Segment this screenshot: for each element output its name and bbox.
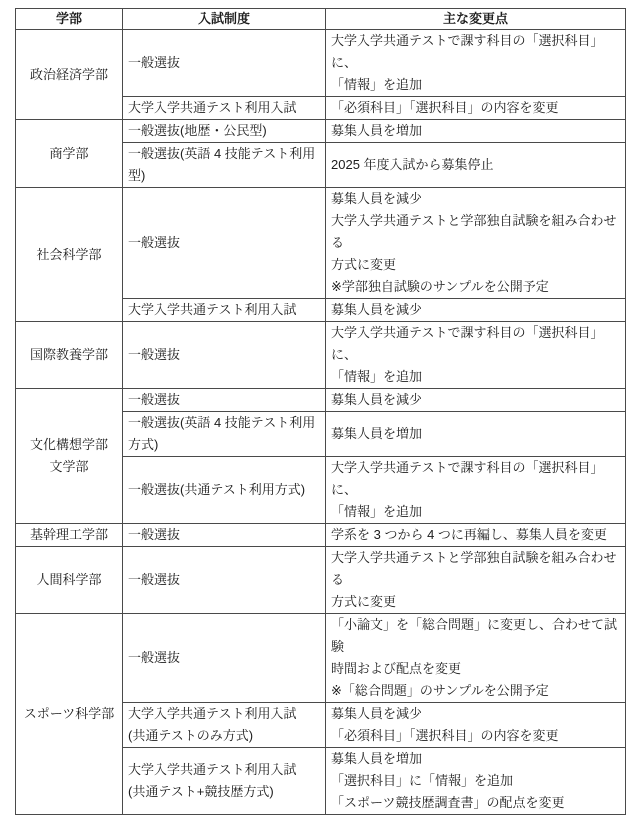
faculty-cell: 社会科学部	[16, 188, 123, 322]
table-row: 人間科学部一般選抜大学入学共通テストと学部独自試験を組み合わせる 方式に変更	[16, 547, 626, 614]
page: 学部 入試制度 主な変更点 政治経済学部一般選抜大学入学共通テストで課す科目の「…	[0, 0, 640, 614]
table-row: 商学部一般選抜(地歴・公民型)募集人員を増加	[16, 120, 626, 143]
system-cell: 一般選抜(共通テスト利用方式)	[123, 457, 326, 524]
changes-cell: 大学入学共通テストで課す科目の「選択科目」に、 「情報」を追加	[326, 30, 626, 97]
changes-cell: 学系を 3 つから 4 つに再編し、募集人員を変更	[326, 524, 626, 547]
changes-cell: 募集人員を増加	[326, 412, 626, 457]
table-row: 社会科学部一般選抜募集人員を減少 大学入学共通テストと学部独自試験を組み合わせる…	[16, 188, 626, 299]
table-header: 学部 入試制度 主な変更点	[16, 9, 626, 30]
table-row: 政治経済学部一般選抜大学入学共通テストで課す科目の「選択科目」に、 「情報」を追…	[16, 30, 626, 97]
system-cell: 大学入学共通テスト利用入試	[123, 97, 326, 120]
col-header-system: 入試制度	[123, 9, 326, 30]
changes-cell: 募集人員を増加	[326, 120, 626, 143]
system-cell: 大学入学共通テスト利用入試	[123, 299, 326, 322]
system-cell: 一般選抜	[123, 188, 326, 299]
system-cell: 一般選抜	[123, 614, 326, 703]
changes-cell: 「必須科目」「選択科目」の内容を変更	[326, 97, 626, 120]
faculty-cell: 基幹理工学部	[16, 524, 123, 547]
system-cell: 一般選抜	[123, 322, 326, 389]
changes-cell: 大学入学共通テストで課す科目の「選択科目」に、 「情報」を追加	[326, 457, 626, 524]
admissions-table: 学部 入試制度 主な変更点 政治経済学部一般選抜大学入学共通テストで課す科目の「…	[15, 8, 626, 815]
system-cell: 一般選抜	[123, 547, 326, 614]
changes-cell: 募集人員を減少	[326, 389, 626, 412]
system-cell: 大学入学共通テスト利用入試 (共通テストのみ方式)	[123, 703, 326, 748]
faculty-cell: 人間科学部	[16, 547, 123, 614]
system-cell: 一般選抜(英語 4 技能テスト利用方式)	[123, 412, 326, 457]
col-header-faculty: 学部	[16, 9, 123, 30]
faculty-cell: 政治経済学部	[16, 30, 123, 120]
col-header-changes: 主な変更点	[326, 9, 626, 30]
system-cell: 一般選抜(地歴・公民型)	[123, 120, 326, 143]
changes-cell: 募集人員を減少 「必須科目」「選択科目」の内容を変更	[326, 703, 626, 748]
changes-cell: 募集人員を減少	[326, 299, 626, 322]
changes-cell: 募集人員を増加 「選択科目」に「情報」を追加 「スポーツ競技歴調査書」の配点を変…	[326, 748, 626, 815]
faculty-cell: 商学部	[16, 120, 123, 188]
table-row: 基幹理工学部一般選抜学系を 3 つから 4 つに再編し、募集人員を変更	[16, 524, 626, 547]
changes-cell: 「小論文」を「総合問題」に変更し、合わせて試験 時間および配点を変更 ※「総合問…	[326, 614, 626, 703]
changes-cell: 募集人員を減少 大学入学共通テストと学部独自試験を組み合わせる 方式に変更 ※学…	[326, 188, 626, 299]
faculty-cell: スポーツ科学部	[16, 614, 123, 815]
system-cell: 一般選抜	[123, 389, 326, 412]
header-row: 学部 入試制度 主な変更点	[16, 9, 626, 30]
faculty-cell: 文化構想学部 文学部	[16, 389, 123, 524]
changes-cell: 大学入学共通テストで課す科目の「選択科目」に、 「情報」を追加	[326, 322, 626, 389]
changes-cell: 大学入学共通テストと学部独自試験を組み合わせる 方式に変更	[326, 547, 626, 614]
system-cell: 大学入学共通テスト利用入試 (共通テスト+競技歴方式)	[123, 748, 326, 815]
system-cell: 一般選抜(英語 4 技能テスト利用型)	[123, 143, 326, 188]
admissions-table-body: 政治経済学部一般選抜大学入学共通テストで課す科目の「選択科目」に、 「情報」を追…	[16, 30, 626, 815]
system-cell: 一般選抜	[123, 524, 326, 547]
faculty-cell: 国際教養学部	[16, 322, 123, 389]
changes-cell: 2025 年度入試から募集停止	[326, 143, 626, 188]
table-row: 文化構想学部 文学部一般選抜募集人員を減少	[16, 389, 626, 412]
system-cell: 一般選抜	[123, 30, 326, 97]
table-row: スポーツ科学部一般選抜「小論文」を「総合問題」に変更し、合わせて試験 時間および…	[16, 614, 626, 703]
table-row: 国際教養学部一般選抜大学入学共通テストで課す科目の「選択科目」に、 「情報」を追…	[16, 322, 626, 389]
